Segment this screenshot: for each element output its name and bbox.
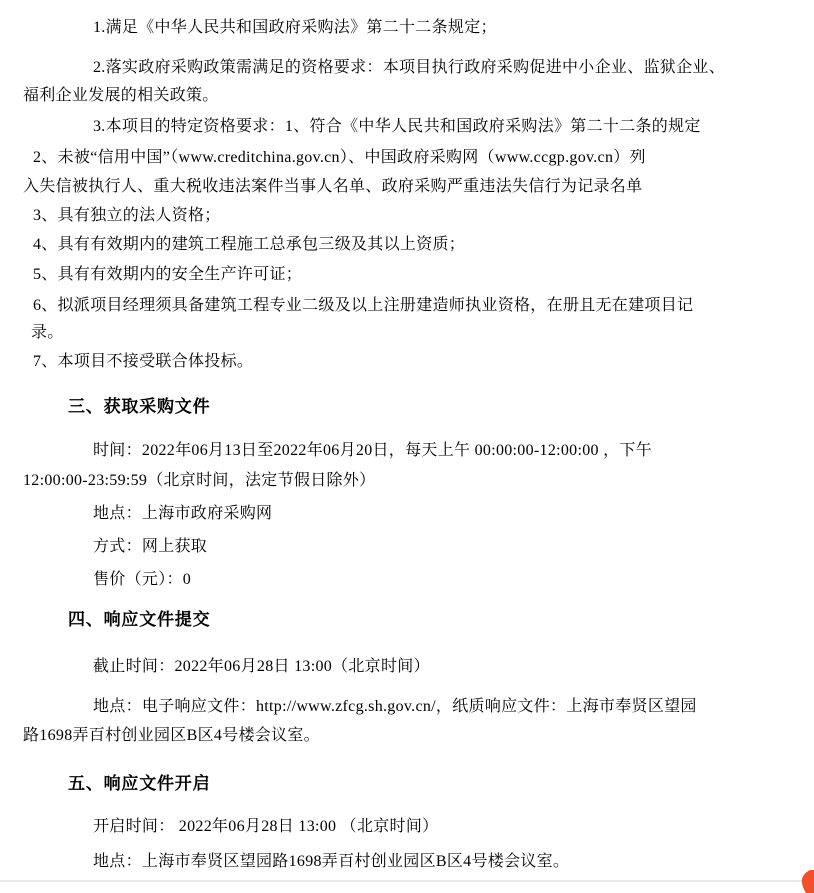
qualification-line: 3.本项目的特定资格要求：1、符合《中华人民共和国政府采购法》第二十二条的规定 [93, 118, 701, 135]
qualification-line: 2、未被“信用中国”（www.creditchina.gov.cn）、中国政府采… [33, 149, 646, 166]
obtain-place-line: 地点：上海市政府采购网 [93, 505, 272, 522]
qualification-line: 1.满足《中华人民共和国政府采购法》第二十二条规定； [93, 19, 497, 36]
qualification-line: 录。 [31, 324, 64, 341]
submit-place-line: 地点：电子响应文件：http://www.zfcg.sh.gov.cn/，纸质响… [93, 698, 697, 715]
qualification-line: 5、具有有效期内的安全生产许可证； [33, 266, 302, 283]
bottom-divider [0, 880, 814, 882]
open-place-line: 地点：上海市奉贤区望园路1698弄百村创业园区B区4号楼会议室。 [93, 853, 569, 870]
submit-deadline-line: 截止时间：2022年06月28日 13:00（北京时间） [93, 658, 430, 675]
section-heading-submit-response: 四、响应文件提交 [68, 611, 210, 629]
qualification-line: 福利企业发展的相关政策。 [23, 87, 219, 104]
qualification-line: 6、拟派项目经理须具备建筑工程专业二级及以上注册建造师执业资格，在册且无在建项目… [33, 297, 693, 314]
document-page: 1.满足《中华人民共和国政府采购法》第二十二条规定； 2.落实政府采购政策需满足… [0, 0, 814, 893]
qualification-line: 7、本项目不接受联合体投标。 [33, 353, 253, 370]
qualification-line: 入失信被执行人、重大税收违法案件当事人名单、政府采购严重违法失信行为记录名单 [23, 178, 642, 195]
orange-flame-icon [800, 870, 814, 893]
obtain-time-line: 时间：2022年06月13日至2022年06月20日，每天上午 00:00:00… [93, 442, 652, 459]
section-heading-obtain-documents: 三、获取采购文件 [68, 398, 210, 416]
obtain-time-line: 12:00:00-23:59:59（北京时间，法定节假日除外） [23, 472, 375, 489]
submit-place-line: 路1698弄百村创业园区B区4号楼会议室。 [23, 727, 320, 744]
qualification-line: 2.落实政府采购政策需满足的资格要求：本项目执行政府采购促进中小企业、监狱企业、 [93, 59, 725, 76]
obtain-method-line: 方式：网上获取 [93, 538, 207, 555]
open-time-line: 开启时间： 2022年06月28日 13:00 （北京时间） [93, 818, 438, 835]
obtain-price-line: 售价（元）：0 [93, 571, 191, 588]
qualification-line: 3、具有独立的法人资格； [33, 207, 221, 224]
section-heading-open-response: 五、响应文件开启 [68, 775, 210, 793]
floating-widget-icon[interactable] [800, 870, 814, 893]
qualification-line: 4、具有有效期内的建筑工程施工总承包三级及其以上资质； [33, 236, 465, 253]
